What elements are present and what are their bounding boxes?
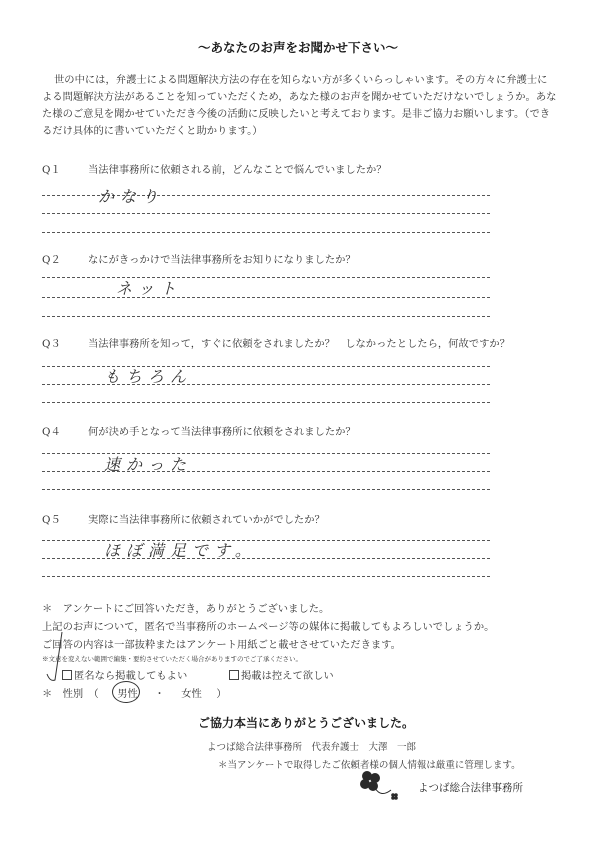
question-number: Q４ [42,423,88,438]
question-number: Q５ [42,511,88,526]
question-1: Q１当法律事務所に依頼される前，どんなことで悩んでいましたか？ [42,161,387,176]
question-text: 当法律事務所に依頼される前，どんなことで悩んでいましたか？ [88,164,387,176]
option-anonymous-label: 匿名なら掲載してもよい [74,670,187,682]
handwritten-check-icon [46,630,64,688]
answer-line [42,277,490,278]
gender-label: ＊ 性別 （ [42,688,99,700]
firm-representative: よつば総合法律事務所 代表弁護士 大澤 一郎 [207,739,416,753]
answer-line [42,316,490,317]
handwritten-answer-1: かなり [98,184,164,207]
answer-line [42,402,490,403]
intro-paragraph: 世の中には，弁護士による問題解決方法の存在を知らない方が多くいらっしゃいます。そ… [42,72,557,140]
handwritten-circle-icon [112,681,140,703]
gender-close-paren: ） [216,688,226,700]
question-number: Q２ [42,251,88,266]
question-number: Q１ [42,161,88,176]
question-text: なにがきっかけで当法律事務所をお知りになりましたか？ [88,254,356,266]
option-decline-label: 掲載は控えて欲しい [241,670,334,682]
checkbox-decline[interactable] [229,670,239,680]
question-text: 実際に当法律事務所に依頼されていかがでしたか？ [88,514,325,526]
answer-line [42,213,490,214]
question-text: 何が決め手となって当法律事務所に依頼をされましたか？ [88,426,356,438]
option-anonymous[interactable]: 匿名なら掲載してもよい [62,667,187,682]
answer-line [42,576,490,577]
question-text: 当法律事務所を知って，すぐに依頼をされましたか？ しなかったとしたら，何故ですか… [88,338,510,350]
option-decline[interactable]: 掲載は控えて欲しい [229,667,334,682]
intro-text: 世の中には，弁護士による問題解決方法の存在を知らない方が多くいらっしゃいます。そ… [42,74,556,137]
small-note: ※文意を変えない範囲で編集・要約させていただく場合がありますのでご了承ください。 [42,654,302,663]
gender-separator: ・ [154,688,164,700]
clover-logo-icon [357,770,409,802]
question-3: Q３当法律事務所を知って，すぐに依頼をされましたか？ しなかったとしたら，何故で… [42,335,510,350]
answer-line [42,297,490,298]
page-title: ～あなたのお声をお聞かせ下さい～ [0,38,596,56]
privacy-note: ＊当アンケートで取得したご依頼者様の個人情報は厳重に管理します。 [218,757,521,771]
answer-line [42,384,490,385]
publish-question: 上記のお声について，匿名で当事務所のホームページ等の媒体に掲載してもよろしいでし… [42,618,494,633]
closing-thanks: ご協力本当にありがとうございました。 [198,714,414,731]
thanks-note: ＊ アンケートにご回答いただき，ありがとうございました。 [42,600,329,615]
question-4: Q４何が決め手となって当法律事務所に依頼をされましたか？ [42,423,356,438]
question-2: Q２なにがきっかけで当法律事務所をお知りになりましたか？ [42,251,356,266]
gender-female-option[interactable]: 女性 [181,688,202,700]
answer-line [42,232,490,233]
answer-line [42,471,490,472]
question-5: Q５実際に当法律事務所に依頼されていかがでしたか？ [42,511,325,526]
answer-line [42,489,490,490]
content-note: ご回答の内容は一部抜粋またはアンケート用紙ごと載せさせていただきます。 [42,636,401,651]
handwritten-answer-2: ネット [116,276,182,299]
answer-line [42,558,490,559]
question-number: Q３ [42,335,88,350]
firm-logo-text: よつば総合法律事務所 [418,780,523,795]
